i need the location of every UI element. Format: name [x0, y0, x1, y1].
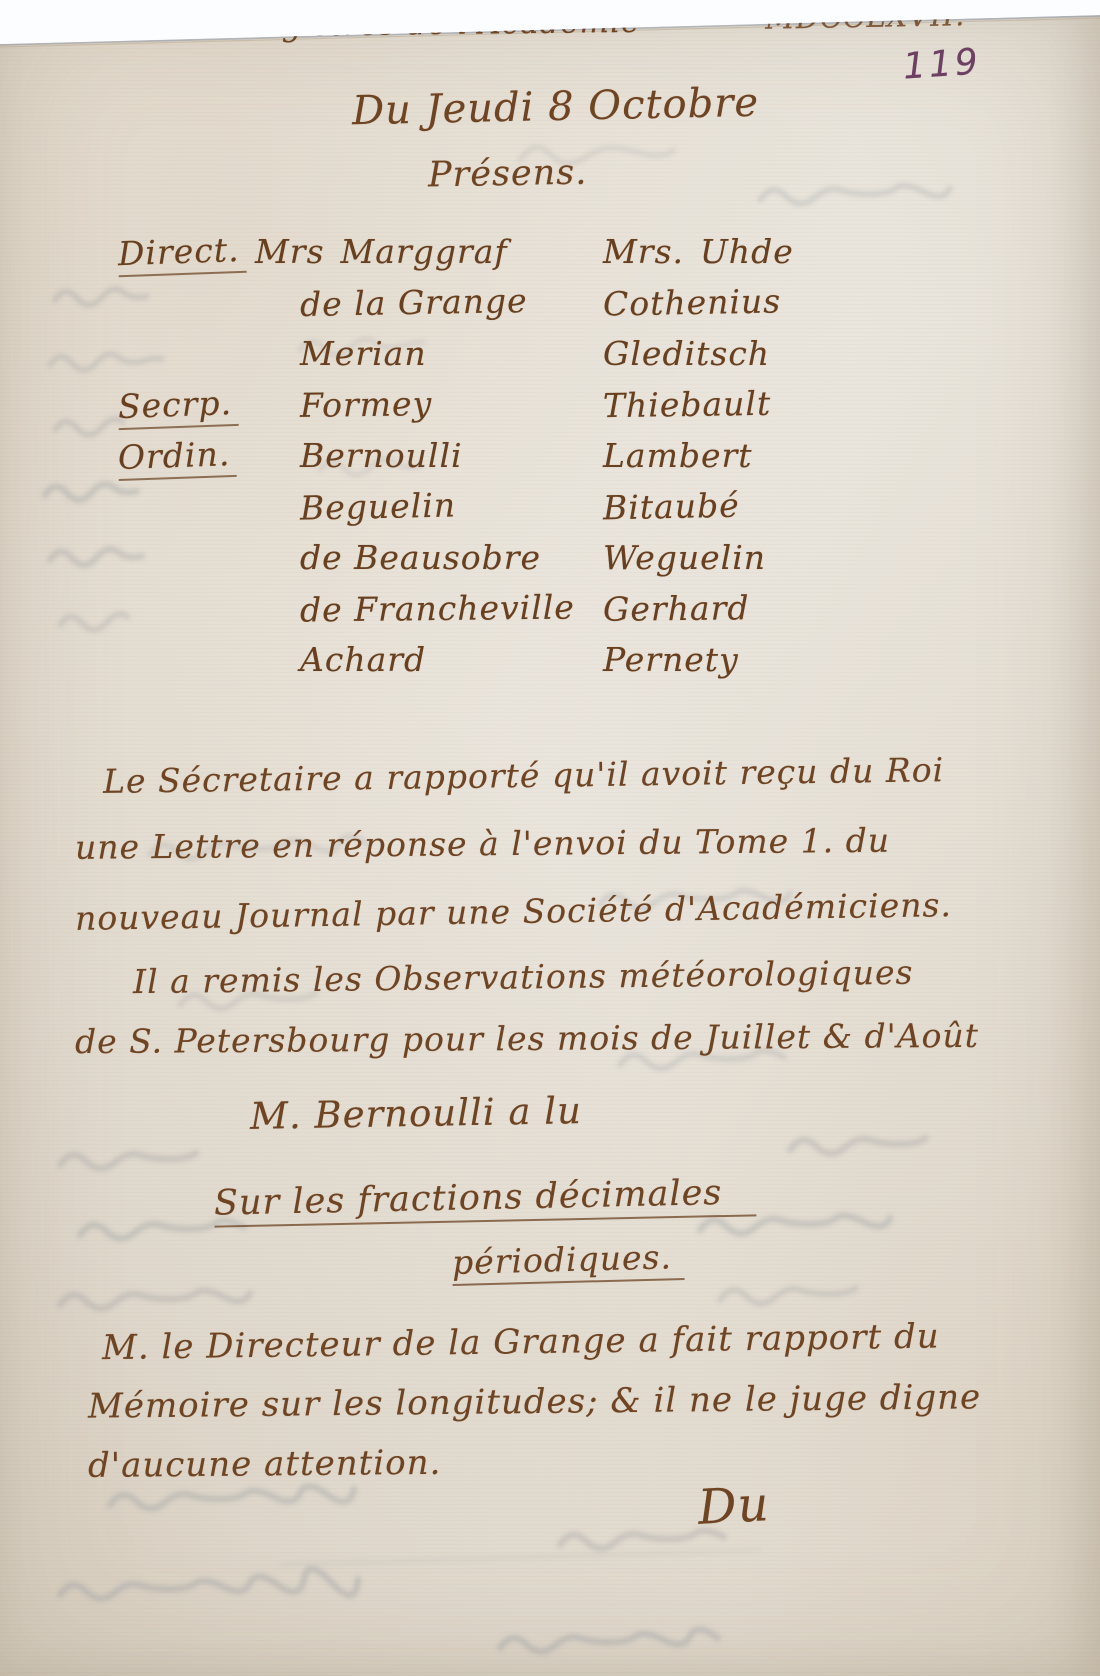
paragraph-line: nouveau Journal par une Société d'Académ… — [75, 871, 953, 953]
attendance-row: Direct. MrsMarggraf Mrs.Uhde — [118, 232, 918, 283]
member-name: Merian — [300, 334, 427, 373]
presens-heading: Présens. — [428, 153, 588, 196]
margin-label-ordin: Ordin. — [117, 434, 237, 481]
paragraph-line: Mémoire sur les longitudes; & il ne le j… — [88, 1367, 982, 1436]
paragraph-line: Le Sécretaire a rapporté qu'il avoit reç… — [103, 736, 953, 816]
member-name: de la Grange — [300, 281, 528, 324]
attendance-list: Direct. MrsMarggraf Mrs.Uhde de la Grang… — [118, 232, 918, 691]
attendance-row: de la Grange Cothenius — [118, 283, 918, 334]
attendance-row: Secrp. Formey Thiebault — [118, 385, 918, 436]
attendance-row: Achard Pernety — [118, 640, 918, 691]
memoir-title-line-2: périodiques. — [452, 1237, 685, 1282]
member-name: Bitaubé — [603, 486, 740, 528]
margin-label-direct: Direct. — [117, 230, 246, 277]
member-name: Weguelin — [603, 538, 766, 577]
paragraph-line: une Lettre en réponse à l'envoi du Tome … — [75, 806, 952, 882]
attendance-row: Ordin. Bernoulli Lambert — [118, 436, 918, 487]
paragraph-line: de S. Petersbourg pour les mois de Juill… — [75, 1005, 979, 1073]
paragraph-observations: Il a remis les Observations météorologiq… — [75, 946, 979, 1070]
paragraph-lagrange-report: M. le Directeur de la Grange a fait rapp… — [88, 1312, 981, 1492]
bernoulli-reading-line: M. Bernoulli a lu — [250, 1089, 583, 1138]
page-number: 119 — [902, 41, 982, 87]
member-name: de Beausobre — [300, 538, 541, 577]
attendance-row: de Francheville Gerhard — [118, 589, 918, 640]
member-name: Beguelin — [300, 485, 457, 527]
member-name: Achard — [300, 640, 426, 679]
member-name: de Francheville — [300, 588, 575, 630]
attendance-row: Beguelin Bitaubé — [118, 487, 918, 538]
paragraph-line: M. le Directeur de la Grange a fait rapp… — [102, 1306, 982, 1378]
member-name: Gleditsch — [603, 334, 770, 373]
member-name: Lambert — [603, 436, 753, 475]
paragraph-line: Il a remis les Observations météorologiq… — [133, 941, 980, 1013]
member-name: Uhde — [700, 232, 794, 271]
member-name: Thiebault — [603, 384, 772, 425]
paragraph-royal-letter: Le Sécretaire a rapporté qu'il avoit reç… — [75, 742, 952, 946]
member-name: Pernety — [603, 640, 739, 679]
member-name: Cothenius — [603, 281, 782, 323]
paragraph-line: d'aucune attention. — [88, 1428, 982, 1496]
catchword: Du — [697, 1476, 771, 1536]
member-name: Formey — [300, 384, 433, 425]
member-name: Bernoulli — [300, 436, 463, 475]
messieurs-prefix: Mrs — [255, 232, 325, 271]
member-name: Marggraf — [341, 232, 508, 271]
messieurs-prefix: Mrs. — [603, 232, 684, 271]
session-date-title: Du Jeudi 8 Octobre — [352, 80, 760, 135]
margin-label-secrp: Secrp. — [117, 383, 238, 430]
attendance-row: Merian Gleditsch — [118, 334, 918, 385]
attendance-row: de Beausobre Weguelin — [118, 538, 918, 589]
member-name: Gerhard — [603, 588, 750, 629]
